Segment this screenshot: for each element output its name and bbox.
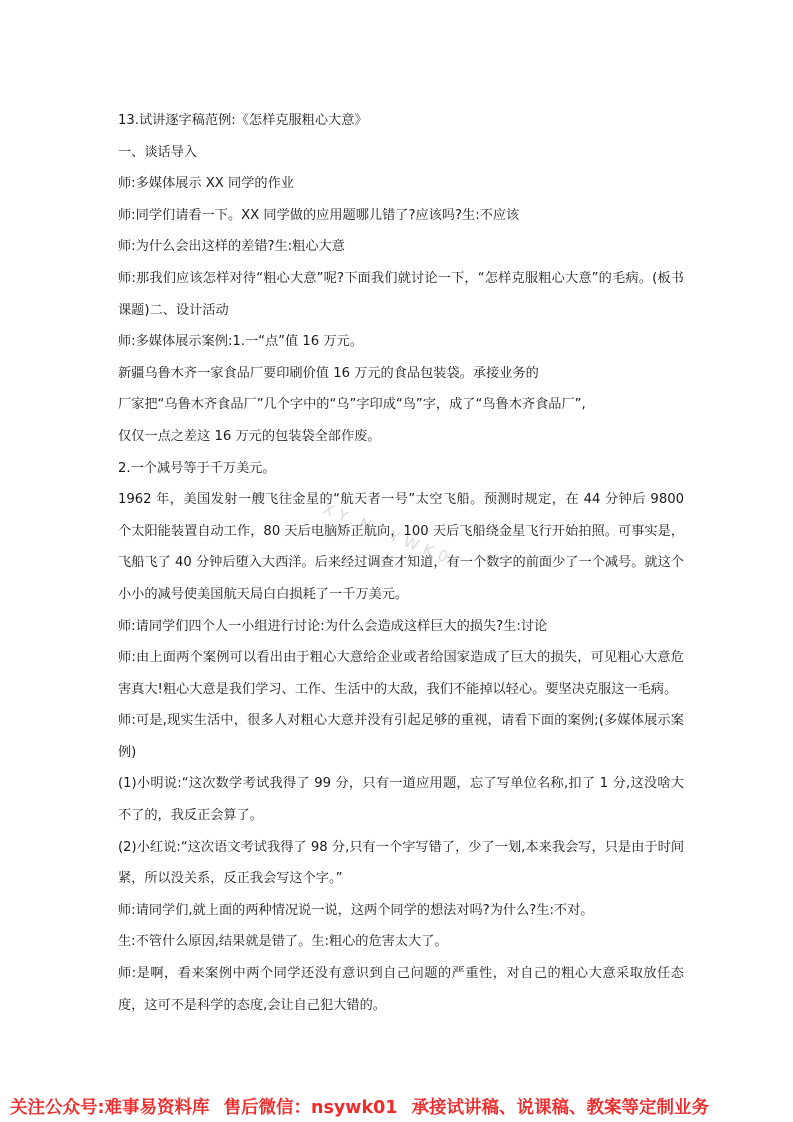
document-body: 13.试讲逐字稿范例:《怎样克服粗心大意》 一、谈话导入 师:多媒体展示 XX … [118,105,684,1021]
paragraph: 师:同学们请看一下。XX 同学做的应用题哪儿错了?应该吗?生:不应该 [118,200,684,232]
paragraph: 仅仅一点之差这 16 万元的包装袋全部作废。 [118,421,684,453]
paragraph: (2)小红说:“这次语文考试我得了 98 分,只有一个字写错了，少了一划,本来我… [118,832,684,895]
paragraph: 生:不管什么原因,结果就是错了。生:粗心的危害太大了。 [118,926,684,958]
footer-wechat: 售后微信：nsywk01 [224,1094,398,1119]
document-title: 13.试讲逐字稿范例:《怎样克服粗心大意》 [118,105,684,137]
paragraph: (1)小明说:“这次数学考试我得了 99 分，只有一道应用题，忘了写单位名称,扣… [118,768,684,831]
paragraph: 师:为什么会出这样的差错?生:粗心大意 [118,231,684,263]
paragraph: 师:是啊，看来案例中两个同学还没有意识到自己问题的严重性，对自己的粗心大意采取放… [118,958,684,1021]
paragraph: 师:请同学们四个人一小组进行讨论:为什么会造成这样巨大的损失?生:讨论 [118,611,684,643]
paragraph: 师:可是,现实生活中，很多人对粗心大意并没有引起足够的重视，请看下面的案例;(多… [118,705,684,768]
paragraph: 师:多媒体展示 XX 同学的作业 [118,168,684,200]
footer-public-account: 关注公众号:难事易资料库 [10,1094,210,1119]
paragraph: 师:多媒体展示案例:1.一“点”值 16 万元。 [118,326,684,358]
paragraph: 师:那我们应该怎样对待“粗心大意”呢?下面我们就讨论一下，“怎样克服粗心大意”的… [118,263,684,326]
paragraph: 厂家把“乌鲁木齐食品厂”几个字中的“乌”字印成“鸟”字，成了“鸟鲁木齐食品厂”, [118,389,684,421]
paragraph: 1962 年，美国发射一艘飞往金星的“航天者一号”太空飞船。预测时规定，在 44… [118,484,684,610]
paragraph: 师:由上面两个案例可以看出由于粗心大意给企业或者给国家造成了巨大的损失，可见粗心… [118,642,684,705]
case-heading: 2.一个减号等于千万美元。 [118,453,684,485]
document-page: 13.试讲逐字稿范例:《怎样克服粗心大意》 一、谈话导入 师:多媒体展示 XX … [0,0,793,1122]
paragraph: 师:请同学们,就上面的两种情况说一说，这两个同学的想法对吗?为什么?生:不对。 [118,895,684,927]
footer-banner: 关注公众号:难事易资料库 售后微信：nsywk01 承接试讲稿、说课稿、教案等定… [0,1090,793,1122]
section-heading-intro: 一、谈话导入 [118,137,684,169]
paragraph: 新疆乌鲁木齐一家食品厂要印刷价值 16 万元的食品包装袋。承接业务的 [118,358,684,390]
footer-service: 承接试讲稿、说课稿、教案等定制业务 [411,1094,709,1119]
